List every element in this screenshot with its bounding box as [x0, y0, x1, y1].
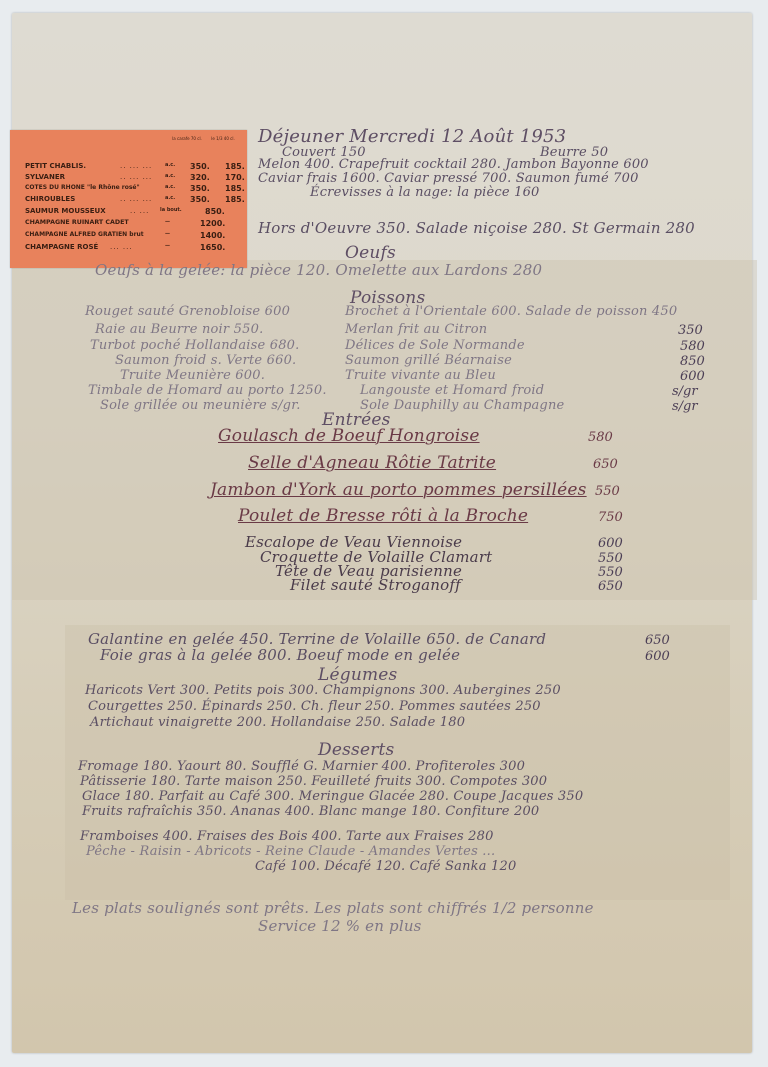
poisson-price: 350 [678, 323, 703, 338]
wine-price-bottle: 850. [205, 207, 225, 216]
wine-price-carafe: 350. [190, 184, 210, 193]
wine-appellation: a.c. [165, 162, 175, 168]
wine-appellation: — [165, 231, 170, 237]
menu-starter: Écrevisses à la nage: la pièce 160 [310, 186, 540, 200]
wine-price-third: 185. [225, 195, 245, 204]
poisson-price: 580 [680, 339, 705, 354]
wine-price-bottle: 1200. [200, 219, 225, 228]
menu-starter: Melon 400. Crapefruit cocktail 280. Jamb… [258, 158, 649, 172]
entree-price: 650 [593, 457, 618, 472]
wine-price-carafe: 350. [190, 195, 210, 204]
wine-appellation: — [165, 219, 170, 225]
section-heading-desserts: Desserts [318, 742, 394, 759]
froid-line: Foie gras à la gelée 800. Boeuf mode en … [100, 647, 460, 664]
wine-appellation: a.c. [165, 173, 175, 179]
wine-name: CHAMPAGNE ALFRED GRATIEN brut [25, 231, 144, 238]
entree-price: 600 [598, 536, 623, 551]
wine-header-carafe: la carafe 70 cl. [172, 136, 202, 141]
poisson-line: Brochet à l'Orientale 600. Salade de poi… [345, 305, 677, 319]
wine-row: SAUMUR MOUSSEUX .. ... la bout. 850. [25, 207, 240, 218]
poisson-price: s/gr [672, 384, 698, 399]
wine-appellation: a.c. [165, 195, 175, 201]
wine-header-third: le 1/3 40 cl. [208, 136, 238, 141]
poisson-line: Raie au Beurre noir 550. [95, 323, 263, 337]
froid-price: 650 [645, 633, 670, 648]
wine-price-carafe: 320. [190, 173, 210, 182]
leader-dots: .. ... ... [120, 195, 152, 203]
wine-name: CHAMPAGNE RUINART CADET [25, 219, 129, 226]
dessert-line: Pêche - Raisin - Abricots - Reine Claude… [86, 845, 495, 859]
dessert-line: Pâtisserie 180. Tarte maison 250. Feuill… [80, 775, 547, 789]
wine-name: SYLVANER [25, 173, 65, 181]
poisson-line: Saumon froid s. Verte 660. [115, 354, 296, 368]
dessert-line: Café 100. Décafé 120. Café Sanka 120 [255, 860, 516, 874]
menu-footer-note: Les plats soulignés sont prêts. Les plat… [72, 900, 594, 917]
section-heading-legumes: Légumes [318, 667, 398, 684]
wine-name: SAUMUR MOUSSEUX [25, 207, 106, 215]
section-heading-oeufs: Oeufs [345, 245, 396, 262]
poisson-line: Timbale de Homard au porto 1250. [88, 384, 327, 398]
wine-price-third: 185. [225, 184, 245, 193]
poisson-line: Délices de Sole Normande [345, 339, 525, 353]
menu-service-note: Service 12 % en plus [258, 918, 422, 935]
poisson-line: Rouget sauté Grenobloise 600 [85, 305, 290, 319]
poisson-price: s/gr [672, 399, 698, 414]
wine-appellation: a.c. [165, 184, 175, 190]
legume-line: Haricots Vert 300. Petits pois 300. Cham… [85, 684, 561, 698]
poisson-price: 850 [680, 354, 705, 369]
wine-name: CHIROUBLES [25, 195, 75, 203]
poisson-line: Merlan frit au Citron [345, 323, 487, 337]
entree-price: 550 [595, 484, 620, 499]
dessert-line: Framboises 400. Fraises des Bois 400. Ta… [80, 830, 494, 844]
wine-price-carafe: 350. [190, 162, 210, 171]
poisson-line: Saumon grillé Béarnaise [345, 354, 512, 368]
wine-list-card: la carafe 70 cl. le 1/3 40 cl. PETIT CHA… [10, 130, 247, 268]
poisson-price: 600 [680, 369, 705, 384]
wine-name: CHAMPAGNE ROSÉ [25, 243, 98, 251]
wine-price-bottle: 1400. [200, 231, 225, 240]
poisson-line: Truite vivante au Bleu [345, 369, 496, 383]
leader-dots: ... ... [110, 243, 133, 251]
menu-oeufs: Oeufs à la gelée: la pièce 120. Omelette… [95, 262, 542, 279]
menu-hors-doeuvre: Hors d'Oeuvre 350. Salade niçoise 280. S… [258, 220, 695, 237]
wine-price-third: 185. [225, 162, 245, 171]
wine-row: PETIT CHABLIS. .. ... ... a.c. 350. 185. [25, 162, 240, 173]
entree-price: 550 [598, 565, 623, 580]
entree-price: 580 [588, 430, 613, 445]
leader-dots: .. ... [130, 207, 149, 215]
entree-price: 550 [598, 551, 623, 566]
wine-row: CHAMPAGNE RUINART CADET — 1200. [25, 219, 240, 230]
poisson-line: Sole grillée ou meunière s/gr. [100, 399, 301, 413]
wine-appellation: — [165, 243, 170, 249]
dessert-line: Fruits rafraîchis 350. Ananas 400. Blanc… [82, 805, 539, 819]
entree-price: 750 [598, 510, 623, 525]
wine-name: PETIT CHABLIS. [25, 162, 86, 170]
wine-row: SYLVANER .. ... ... a.c. 320. 170. [25, 173, 240, 184]
menu-title: Déjeuner Mercredi 12 Août 1953 [258, 128, 566, 145]
wine-price-third: 170. [225, 173, 245, 182]
poisson-line: Turbot poché Hollandaise 680. [90, 339, 299, 353]
entree-item: Goulasch de Boeuf Hongroise [218, 428, 480, 445]
menu-starter: Caviar frais 1600. Caviar pressé 700. Sa… [258, 172, 639, 186]
entree-item: Filet sauté Stroganoff [290, 577, 461, 594]
froid-price: 600 [645, 649, 670, 664]
wine-row: CHAMPAGNE ROSÉ ... ... — 1650. [25, 243, 240, 254]
poisson-line: Langouste et Homard froid [360, 384, 544, 398]
legume-line: Artichaut vinaigrette 200. Hollandaise 2… [90, 716, 465, 730]
leader-dots: .. ... ... [120, 173, 152, 181]
entree-item: Selle d'Agneau Rôtie Tatrite [248, 455, 496, 472]
wine-price-bottle: 1650. [200, 243, 225, 252]
leader-dots: .. ... ... [120, 162, 152, 170]
wine-appellation: la bout. [160, 207, 182, 213]
wine-name: COTES DU RHONE "le Rhône rosé" [25, 184, 140, 191]
legume-line: Courgettes 250. Épinards 250. Ch. fleur … [88, 700, 541, 714]
poisson-line: Truite Meunière 600. [120, 369, 265, 383]
entree-price: 650 [598, 579, 623, 594]
dessert-line: Glace 180. Parfait au Café 300. Meringue… [82, 790, 583, 804]
entree-item: Poulet de Bresse rôti à la Broche [238, 508, 528, 525]
dessert-line: Fromage 180. Yaourt 80. Soufflé G. Marni… [78, 760, 525, 774]
wine-row: CHAMPAGNE ALFRED GRATIEN brut — 1400. [25, 231, 240, 242]
wine-row: CHIROUBLES .. ... ... a.c. 350. 185. [25, 195, 240, 206]
entree-item: Jambon d'York au porto pommes persillées [210, 482, 587, 499]
wine-row: COTES DU RHONE "le Rhône rosé" a.c. 350.… [25, 184, 240, 195]
